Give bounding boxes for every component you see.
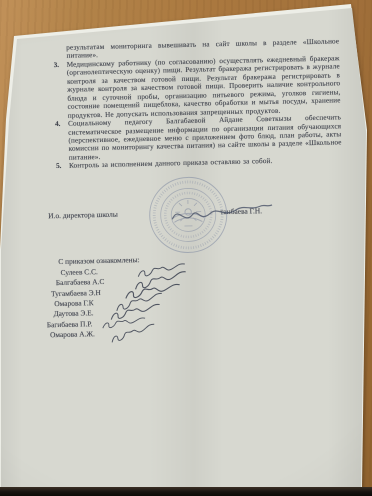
coat-of-arms-icon [172, 200, 205, 227]
item-text: Социальному педагогу Балгабаевой Айдане … [68, 113, 342, 162]
order-item-4: 4. Социальному педагогу Балгабаевой Айда… [55, 113, 342, 162]
acknowledged-name: Тугамбаева Э.Н [51, 288, 101, 298]
order-item-3: 3. Медицинскому работнику (по согласован… [54, 54, 341, 120]
acknowledged-name: Омарова Г.К [54, 298, 94, 308]
photo-frame: результатам мониторинга вывешивать на са… [0, 0, 372, 496]
acknowledged-name: Багибаева П.Р. [47, 319, 93, 329]
photo-bottom-shadow [0, 487, 372, 496]
official-seal-stamp [143, 169, 279, 264]
director-title: И.о. директора школы [48, 210, 118, 221]
acknowledged-name: Даутова Э.Е. [53, 309, 93, 319]
document-content: результатам мониторинга вывешивать на са… [0, 0, 372, 496]
item-number: 5. [56, 162, 62, 171]
document-text: результатам мониторинга вывешивать на са… [53, 37, 342, 170]
item-number: 3. [54, 61, 60, 70]
acknowledged-name: Омарова А.Ж. [50, 329, 95, 339]
acknowledgment-block: С приказом ознакомлены: Сулеев С.С. Балг… [0, 251, 302, 341]
photo-of-document: { "document": { "continuation": "результ… [0, 0, 372, 496]
acknowledged-name: Балгабаева А.С [56, 277, 105, 287]
acknowledged-name: Сулеев С.С. [60, 267, 97, 277]
item-text: Медицинскому работнику (по согласованию)… [67, 54, 341, 120]
item-number: 4. [55, 120, 61, 129]
